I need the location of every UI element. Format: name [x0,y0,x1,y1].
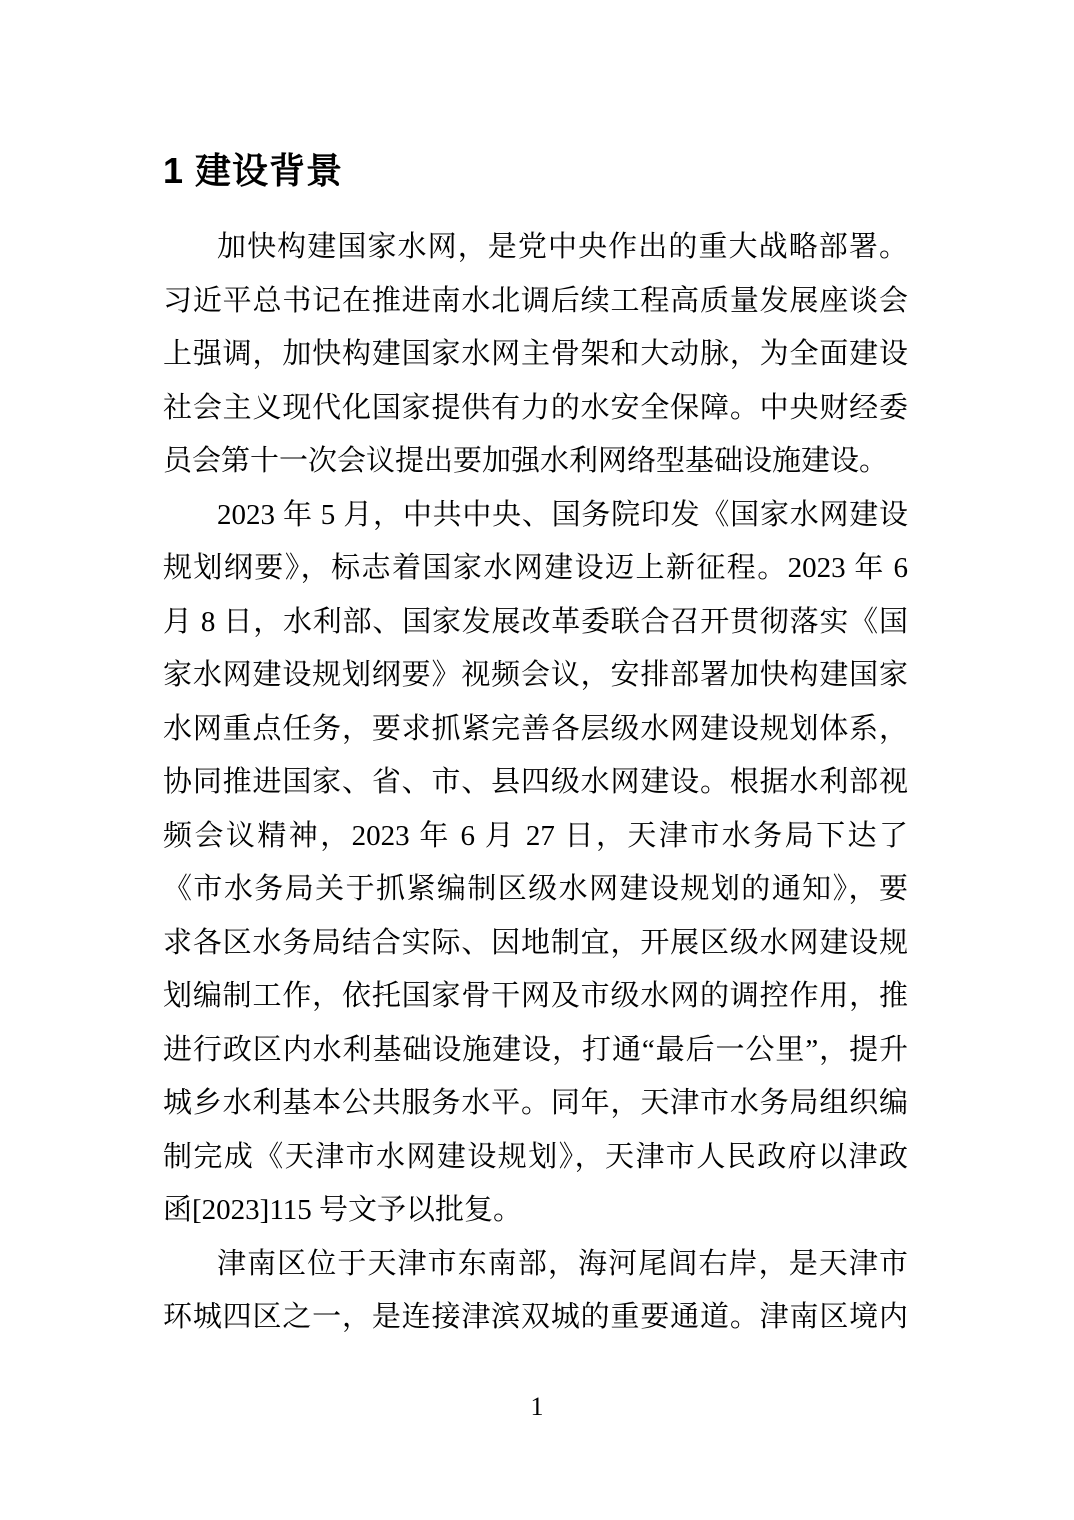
paragraph-line: 规划纲要》，标志着国家水网建设迈上新征程。2023 年 6 [163,542,908,596]
paragraph-line: 月 8 日，水利部、国家发展改革委联合召开贯彻落实《国 [163,596,908,650]
paragraph-line: 加快构建国家水网，是党中央作出的重大战略部署。 [163,221,908,275]
document-body: 加快构建国家水网，是党中央作出的重大战略部署。习近平总书记在推进南水北调后续工程… [163,221,908,1345]
paragraph-line: 城乡水利基本公共服务水平。同年，天津市水务局组织编 [163,1077,908,1131]
paragraph-line: 家水网建设规划纲要》视频会议，安排部署加快构建国家 [163,649,908,703]
paragraph-line: 上强调，加快构建国家水网主骨架和大动脉，为全面建设 [163,328,908,382]
page-number: 1 [0,1392,1074,1422]
paragraph-line: 制完成《天津市水网建设规划》，天津市人民政府以津政 [163,1131,908,1185]
paragraph-line: 《市水务局关于抓紧编制区级水网建设规划的通知》，要 [163,863,908,917]
paragraph-line: 求各区水务局结合实际、因地制宜，开展区级水网建设规 [163,917,908,971]
paragraph-line: 习近平总书记在推进南水北调后续工程高质量发展座谈会 [163,275,908,329]
paragraph-line: 函[2023]115 号文予以批复。 [163,1184,908,1238]
document-page: 1 建设背景 加快构建国家水网，是党中央作出的重大战略部署。习近平总书记在推进南… [0,0,1074,1520]
paragraph-line: 环城四区之一，是连接津滨双城的重要通道。津南区境内 [163,1291,908,1345]
paragraph-line: 频会议精神，2023 年 6 月 27 日，天津市水务局下达了 [163,810,908,864]
section-heading: 1 建设背景 [163,149,343,192]
paragraph-line: 社会主义现代化国家提供有力的水安全保障。中央财经委 [163,382,908,436]
paragraph-line: 津南区位于天津市东南部，海河尾闾右岸，是天津市 [163,1238,908,1292]
paragraph-line: 2023 年 5 月，中共中央、国务院印发《国家水网建设 [163,489,908,543]
paragraph-line: 员会第十一次会议提出要加强水利网络型基础设施建设。 [163,435,908,489]
paragraph-line: 水网重点任务，要求抓紧完善各层级水网建设规划体系， [163,703,908,757]
paragraph-line: 协同推进国家、省、市、县四级水网建设。根据水利部视 [163,756,908,810]
paragraph-line: 进行政区内水利基础设施建设，打通“最后一公里”，提升 [163,1024,908,1078]
paragraph-line: 划编制工作，依托国家骨干网及市级水网的调控作用，推 [163,970,908,1024]
